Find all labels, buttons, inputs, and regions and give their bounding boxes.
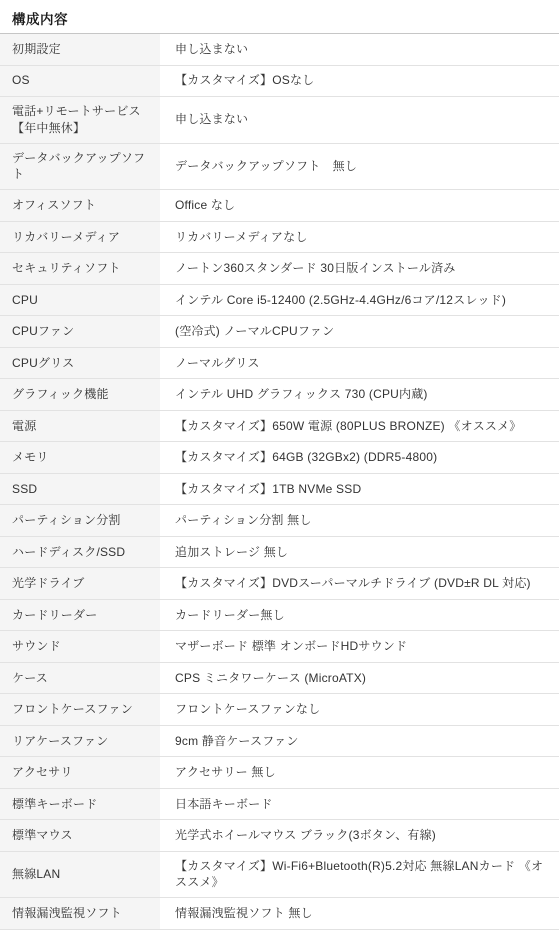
config-item-value: 【カスタマイズ】DVDスーパーマルチドライブ (DVD±R DL 対応) <box>160 568 559 599</box>
table-row: 標準マウス光学式ホイールマウス ブラック(3ボタン、有線) <box>0 820 559 852</box>
config-item-value: マザーボード 標準 オンボードHDサウンド <box>160 631 559 662</box>
table-row: データバックアップソフトデータバックアップソフト 無し <box>0 144 559 191</box>
table-row: フロントケースファンフロントケースファンなし <box>0 694 559 726</box>
config-item-value: フロントケースファンなし <box>160 694 559 725</box>
table-row: 無線LAN【カスタマイズ】Wi-Fi6+Bluetooth(R)5.2対応 無線… <box>0 852 559 899</box>
config-item-value: データバックアップソフト 無し <box>160 144 559 190</box>
config-item-value: リカバリーメディアなし <box>160 222 559 253</box>
config-item-label: 情報漏洩監視ソフト <box>0 898 160 929</box>
table-row: ハードディスク/SSD追加ストレージ 無し <box>0 537 559 569</box>
config-item-label: リカバリーメディア <box>0 222 160 253</box>
config-item-value: Office なし <box>160 190 559 221</box>
config-item-value: 【カスタマイズ】OSなし <box>160 66 559 97</box>
configuration-page: 構成内容 初期設定申し込まないOS【カスタマイズ】OSなし電話+リモートサービス… <box>0 0 559 930</box>
table-row: グラフィック機能インテル UHD グラフィックス 730 (CPU内蔵) <box>0 379 559 411</box>
table-row: CPUグリスノーマルグリス <box>0 348 559 380</box>
config-item-value: ノーマルグリス <box>160 348 559 379</box>
config-item-label: カードリーダー <box>0 600 160 631</box>
config-item-label: CPUグリス <box>0 348 160 379</box>
config-item-value: 申し込まない <box>160 34 559 65</box>
config-item-value: 追加ストレージ 無し <box>160 537 559 568</box>
config-item-value: パーティション分割 無し <box>160 505 559 536</box>
config-item-value: インテル UHD グラフィックス 730 (CPU内蔵) <box>160 379 559 410</box>
table-row: 標準キーボード日本語キーボード <box>0 789 559 821</box>
config-item-value: CPS ミニタワーケース (MicroATX) <box>160 663 559 694</box>
config-item-label: 無線LAN <box>0 852 160 898</box>
config-item-value: 光学式ホイールマウス ブラック(3ボタン、有線) <box>160 820 559 851</box>
config-item-label: CPUファン <box>0 316 160 347</box>
config-item-value: 日本語キーボード <box>160 789 559 820</box>
table-row: 電源【カスタマイズ】650W 電源 (80PLUS BRONZE) 《オススメ》 <box>0 411 559 443</box>
table-row: 光学ドライブ【カスタマイズ】DVDスーパーマルチドライブ (DVD±R DL 対… <box>0 568 559 600</box>
config-item-value: 9cm 静音ケースファン <box>160 726 559 757</box>
table-row: CPUインテル Core i5-12400 (2.5GHz-4.4GHz/6コア… <box>0 285 559 317</box>
config-item-value: 【カスタマイズ】650W 電源 (80PLUS BRONZE) 《オススメ》 <box>160 411 559 442</box>
config-item-value: 【カスタマイズ】Wi-Fi6+Bluetooth(R)5.2対応 無線LANカー… <box>160 852 559 898</box>
table-row: OS【カスタマイズ】OSなし <box>0 66 559 98</box>
config-item-label: セキュリティソフト <box>0 253 160 284</box>
table-row: 情報漏洩監視ソフト情報漏洩監視ソフト 無し <box>0 898 559 930</box>
config-item-label: サウンド <box>0 631 160 662</box>
config-item-label: 電源 <box>0 411 160 442</box>
config-item-label: フロントケースファン <box>0 694 160 725</box>
config-item-value: 情報漏洩監視ソフト 無し <box>160 898 559 929</box>
config-item-label: ハードディスク/SSD <box>0 537 160 568</box>
config-item-label: メモリ <box>0 442 160 473</box>
config-item-value: 【カスタマイズ】1TB NVMe SSD <box>160 474 559 505</box>
table-row: パーティション分割パーティション分割 無し <box>0 505 559 537</box>
configuration-table: 初期設定申し込まないOS【カスタマイズ】OSなし電話+リモートサービス【年中無休… <box>0 33 559 930</box>
config-item-label: 標準キーボード <box>0 789 160 820</box>
table-row: SSD【カスタマイズ】1TB NVMe SSD <box>0 474 559 506</box>
config-item-label: ケース <box>0 663 160 694</box>
table-row: 初期設定申し込まない <box>0 34 559 66</box>
config-item-value: カードリーダー無し <box>160 600 559 631</box>
config-item-label: オフィスソフト <box>0 190 160 221</box>
config-item-label: CPU <box>0 285 160 316</box>
table-row: サウンドマザーボード 標準 オンボードHDサウンド <box>0 631 559 663</box>
config-item-label: リアケースファン <box>0 726 160 757</box>
table-row: 電話+リモートサービス【年中無休】申し込まない <box>0 97 559 144</box>
config-item-value: インテル Core i5-12400 (2.5GHz-4.4GHz/6コア/12… <box>160 285 559 316</box>
table-row: カードリーダーカードリーダー無し <box>0 600 559 632</box>
table-row: メモリ【カスタマイズ】64GB (32GBx2) (DDR5-4800) <box>0 442 559 474</box>
config-item-value: ノートン360スタンダード 30日版インストール済み <box>160 253 559 284</box>
config-item-label: データバックアップソフト <box>0 144 160 190</box>
table-row: リアケースファン9cm 静音ケースファン <box>0 726 559 758</box>
table-row: オフィスソフトOffice なし <box>0 190 559 222</box>
table-row: セキュリティソフトノートン360スタンダード 30日版インストール済み <box>0 253 559 285</box>
page-title: 構成内容 <box>0 0 559 33</box>
config-item-value: 申し込まない <box>160 97 559 143</box>
config-item-label: グラフィック機能 <box>0 379 160 410</box>
config-item-label: アクセサリ <box>0 757 160 788</box>
config-item-label: 光学ドライブ <box>0 568 160 599</box>
table-row: CPUファン(空冷式) ノーマルCPUファン <box>0 316 559 348</box>
config-item-label: 標準マウス <box>0 820 160 851</box>
table-row: ケースCPS ミニタワーケース (MicroATX) <box>0 663 559 695</box>
config-item-label: 初期設定 <box>0 34 160 65</box>
config-item-value: アクセサリー 無し <box>160 757 559 788</box>
config-item-label: パーティション分割 <box>0 505 160 536</box>
config-item-label: SSD <box>0 474 160 505</box>
table-row: リカバリーメディアリカバリーメディアなし <box>0 222 559 254</box>
config-item-value: (空冷式) ノーマルCPUファン <box>160 316 559 347</box>
config-item-value: 【カスタマイズ】64GB (32GBx2) (DDR5-4800) <box>160 442 559 473</box>
table-row: アクセサリアクセサリー 無し <box>0 757 559 789</box>
config-item-label: OS <box>0 66 160 97</box>
config-item-label: 電話+リモートサービス【年中無休】 <box>0 97 160 143</box>
